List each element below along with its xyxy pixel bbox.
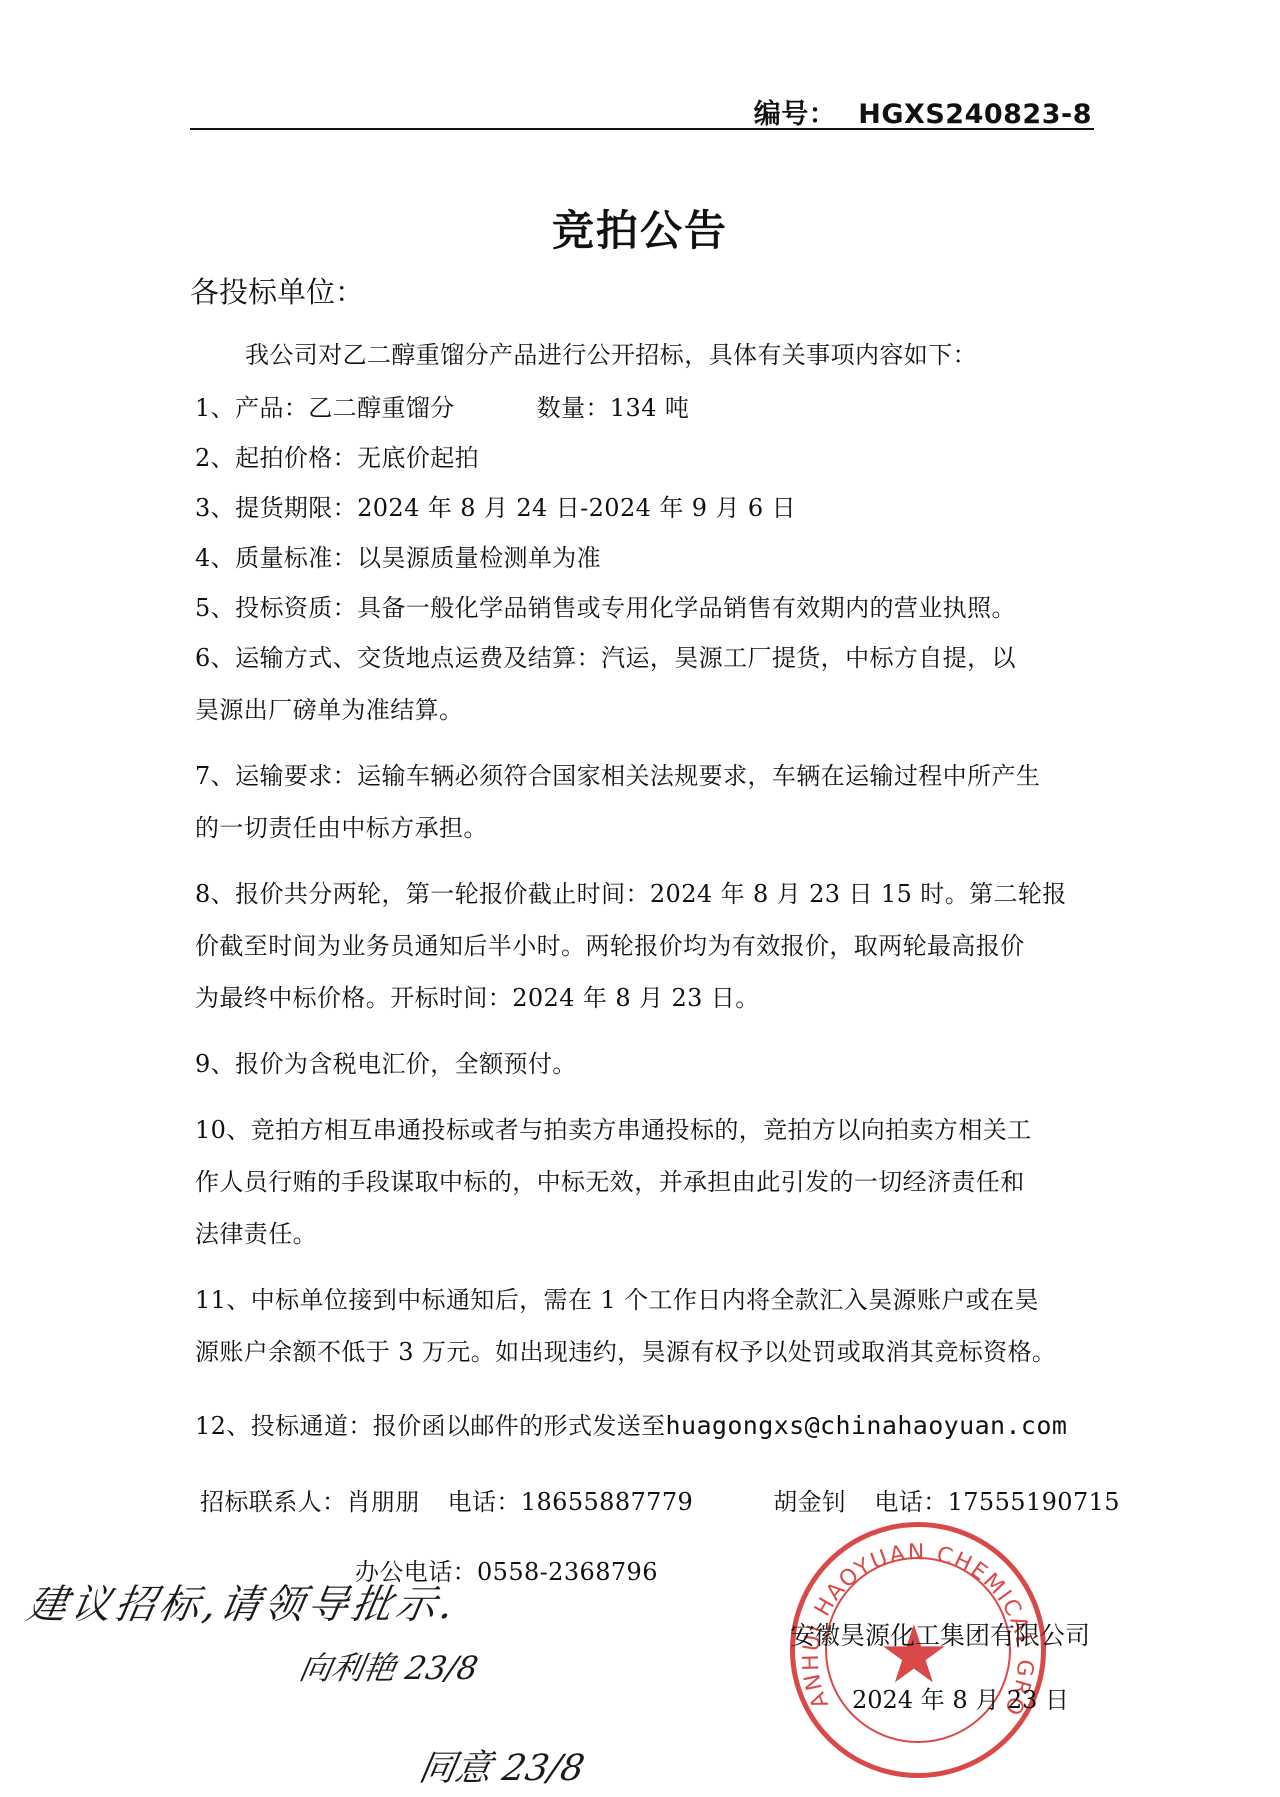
item-8-line-3: 为最终中标价格。开标时间：2024 年 8 月 23 日。 [195,978,760,1013]
item-4: 4、质量标准：以昊源质量检测单为准 [195,538,601,573]
handwritten-signature-2: 同意 23/8 [416,1740,589,1791]
item-1-quantity: 数量：134 吨 [537,394,690,422]
item-11-line-1: 11、中标单位接到中标通知后，需在 1 个工作日内将全款汇入昊源账户或在昊 [195,1280,1039,1315]
item-1-product: 1、产品：乙二醇重馏分 [195,394,455,422]
contact-2-name: 胡金钊 [773,1488,846,1516]
item-8-line-2: 价截至时间为业务员通知后半小时。两轮报价均为有效报价，取两轮最高报价 [195,926,1025,961]
contact-label: 招标联系人： [200,1488,346,1516]
item-10-line-3: 法律责任。 [195,1214,317,1249]
document-number: 编号：HGXS240823-8 [754,92,1092,131]
item-10-line-2: 作人员行贿的手段谋取中标的，中标无效，并承担由此引发的一切经济责任和 [195,1162,1025,1197]
signoff-date: 2024 年 8 月 23 日 [852,1680,1069,1715]
document-number-label: 编号： [754,99,837,130]
item-9: 9、报价为含税电汇价，全额预付。 [195,1044,577,1079]
handwritten-signature-1: 向利艳 23/8 [296,1643,482,1689]
document-number-value: HGXS240823-8 [858,99,1092,130]
item-12: 12、投标通道：报价函以邮件的形式发送至huagongxs@chinahaoyu… [195,1406,1067,1441]
contact-line: 招标联系人：肖朋朋电话：18655887779胡金钊电话：17555190715 [200,1482,1120,1517]
signoff-company: 安徽昊源化工集团有限公司 [790,1616,1090,1652]
intro-paragraph: 我公司对乙二醇重馏分产品进行公开招标，具体有关事项内容如下： [245,335,977,370]
item-7-line-1: 7、运输要求：运输车辆必须符合国家相关法规要求，车辆在运输过程中所产生 [195,756,1040,791]
bid-email-link[interactable]: huagongxs@chinahaoyuan.com [666,1411,1068,1440]
salutation: 各投标单位： [190,270,364,311]
item-6-line-1: 6、运输方式、交货地点运费及结算：汽运，昊源工厂提货，中标方自提，以 [195,638,1016,673]
item-10-line-1: 10、竞拍方相互串通投标或者与拍卖方串通投标的，竞拍方以向拍卖方相关工 [195,1110,1032,1145]
contact-2-phone: 电话：17555190715 [874,1488,1120,1516]
item-1: 1、产品：乙二醇重馏分数量：134 吨 [195,388,689,423]
header-rule [190,128,1094,130]
item-7-line-2: 的一切责任由中标方承担。 [195,808,488,843]
item-12-text: 12、投标通道：报价函以邮件的形式发送至 [195,1412,666,1440]
item-11-line-2: 源账户余额不低于 3 万元。如出现违约，昊源有权予以处罚或取消其竞标资格。 [195,1332,1056,1367]
contact-1-name: 肖朋朋 [346,1488,419,1516]
item-8-line-1: 8、报价共分两轮，第一轮报价截止时间：2024 年 8 月 23 日 15 时。… [195,874,1067,909]
item-6-line-2: 昊源出厂磅单为准结算。 [195,690,463,725]
handwritten-note: 建议招标,请领导批示. [23,1573,462,1630]
item-3: 3、提货期限：2024 年 8 月 24 日-2024 年 9 月 6 日 [195,488,796,523]
page-title: 竞拍公告 [0,198,1280,258]
contact-1-phone: 电话：18655887779 [448,1488,694,1516]
item-5: 5、投标资质：具备一般化学品销售或专用化学品销售有效期内的营业执照。 [195,588,1016,623]
item-2: 2、起拍价格：无底价起拍 [195,438,479,473]
